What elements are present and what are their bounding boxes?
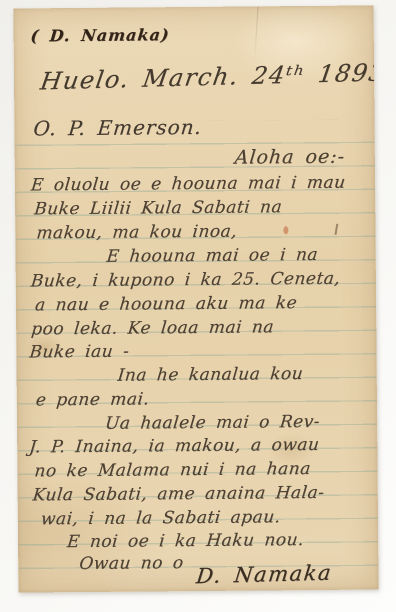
body-line: Ina he kanalua kou: [117, 364, 304, 386]
recipient-line: O. P. Emerson.: [32, 115, 203, 140]
body-line: J. P. Inaina, ia makou, a owau: [28, 435, 320, 458]
scan-background: ( D. Namaka) Huelo. March. 24ᵗʰ 1893. O.…: [0, 0, 396, 612]
header-annotation: ( D. Namaka): [30, 25, 171, 45]
body-line: Buke iau -: [28, 342, 130, 363]
signature: D. Namaka: [195, 561, 334, 589]
body-line: E oluolu oe e hoouna mai i mau: [30, 173, 347, 196]
body-line: Ua haalele mai o Rev-: [104, 412, 321, 434]
dateline: Huelo. March. 24ᵗʰ 1893.: [38, 58, 378, 95]
body-line: no ke Malama nui i na hana: [34, 459, 312, 481]
ink-stain: [283, 226, 288, 234]
signoff-line: Owau no o: [78, 553, 184, 574]
letter-paper: ( D. Namaka) Huelo. March. 24ᵗʰ 1893. O.…: [13, 5, 378, 592]
closing-line: E noi oe i ka Haku nou.: [66, 530, 305, 552]
body-line: wai, i na la Sabati apau.: [40, 507, 282, 529]
body-line: Kula Sabati, ame anaina Hala-: [32, 483, 326, 506]
body-line: poo leka. Ke loaa mai na: [30, 317, 275, 339]
greeting-line: Aloha oe:-: [234, 146, 346, 169]
body-line: a nau e hoouna aku ma ke: [34, 293, 298, 315]
body-line: E hoouna mai oe i na: [106, 245, 319, 267]
body-line: Buke, i kupono i ka 25. Ceneta,: [30, 269, 341, 292]
body-line: e pane mai.: [35, 389, 150, 410]
paper-crease: [254, 6, 259, 64]
body-line: makou, ma kou inoa,: [35, 222, 238, 244]
body-line: Buke Liilii Kula Sabati na: [33, 197, 283, 219]
